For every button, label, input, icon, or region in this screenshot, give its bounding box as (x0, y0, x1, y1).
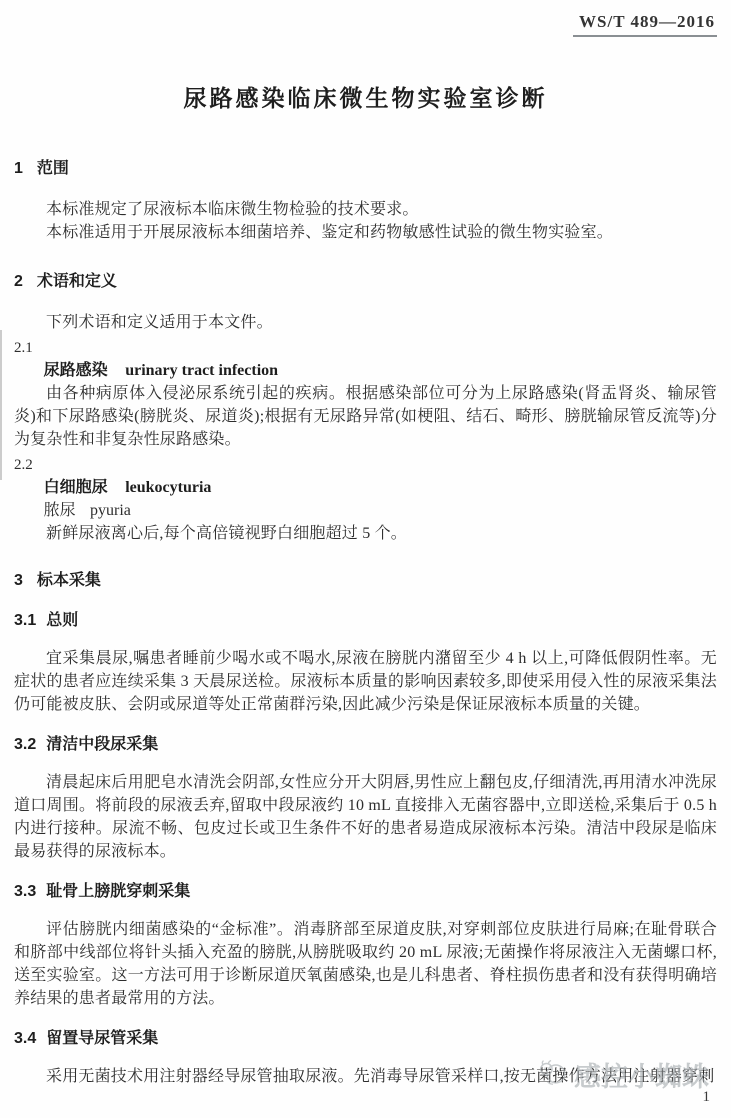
paragraph-terms-intro: 下列术语和定义适用于本文件。 (14, 311, 717, 334)
paragraph-scope-1: 本标准规定了尿液标本临床微生物检验的技术要求。 (14, 198, 717, 221)
synonym-chinese: 脓尿 (44, 502, 76, 519)
section-3-heading: 3标本采集 (14, 569, 717, 592)
doc-header: WS/T 489—2016 (14, 12, 717, 34)
section-title: 标本采集 (37, 572, 101, 589)
section-title: 留置导尿管采集 (46, 1030, 158, 1047)
section-number: 3 (14, 572, 23, 589)
section-3-3-heading: 3.3耻骨上膀胱穿刺采集 (14, 880, 717, 903)
section-number: 3.4 (14, 1030, 36, 1047)
term-entry-leukocyturia: 白细胞尿leukocyturia (14, 476, 717, 499)
section-title: 清洁中段尿采集 (46, 736, 158, 753)
synonym-english: pyuria (90, 502, 131, 519)
term-chinese: 白细胞尿 (44, 479, 108, 496)
section-number: 3.3 (14, 883, 36, 900)
term-english: urinary tract infection (125, 362, 278, 379)
paragraph-3-1: 宜采集晨尿,嘱患者睡前少喝水或不喝水,尿液在膀胱内潴留至少 4 h 以上,可降低… (14, 647, 717, 716)
section-number: 3.2 (14, 736, 36, 753)
scan-artifact-line (0, 330, 2, 480)
section-number: 2 (14, 273, 23, 290)
standard-code: WS/T 489—2016 (573, 12, 717, 37)
term-definition-uti: 由各种病原体入侵泌尿系统引起的疾病。根据感染部位可分为上尿路感染(肾盂肾炎、输尿… (14, 382, 717, 451)
section-number: 3.1 (14, 612, 36, 629)
term-chinese: 尿路感染 (44, 362, 108, 379)
section-title: 术语和定义 (37, 273, 117, 290)
section-2-heading: 2术语和定义 (14, 270, 717, 293)
clause-number-2-1: 2.1 (14, 337, 717, 359)
paragraph-3-2: 清晨起床后用肥皂水清洗会阴部,女性应分开大阴唇,男性应上翻包皮,仔细清洗,再用清… (14, 771, 717, 863)
section-3-4-heading: 3.4留置导尿管采集 (14, 1027, 717, 1050)
section-3-2-heading: 3.2清洁中段尿采集 (14, 733, 717, 756)
document-title: 尿路感染临床微生物实验室诊断 (14, 80, 717, 113)
clause-number-2-2: 2.2 (14, 454, 717, 476)
term-definition-leukocyturia: 新鲜尿液离心后,每个高倍镜视野白细胞超过 5 个。 (14, 522, 717, 545)
paragraph-3-4: 采用无菌技术用注射器经导尿管抽取尿液。先消毒导尿管采样口,按无菌操作方法用注射器… (14, 1065, 717, 1088)
section-3-1-heading: 3.1总则 (14, 609, 717, 632)
term-entry-uti: 尿路感染urinary tract infection (14, 359, 717, 382)
section-title: 耻骨上膀胱穿刺采集 (46, 883, 190, 900)
term-synonym: 脓尿pyuria (14, 499, 717, 522)
section-number: 1 (14, 160, 23, 177)
section-title: 范围 (37, 160, 69, 177)
paragraph-scope-2: 本标准适用于开展尿液标本细菌培养、鉴定和药物敏感性试验的微生物实验室。 (14, 221, 717, 244)
paragraph-3-3: 评估膀胱内细菌感染的“金标准”。消毒脐部至尿道皮肤,对穿刺部位皮肤进行局麻;在耻… (14, 918, 717, 1010)
page-number: 1 (703, 1089, 711, 1106)
section-title: 总则 (46, 612, 78, 629)
term-english: leukocyturia (125, 479, 211, 496)
section-1-heading: 1范围 (14, 157, 717, 180)
document-page: WS/T 489—2016 尿路感染临床微生物实验室诊断 1范围 本标准规定了尿… (0, 0, 731, 1118)
